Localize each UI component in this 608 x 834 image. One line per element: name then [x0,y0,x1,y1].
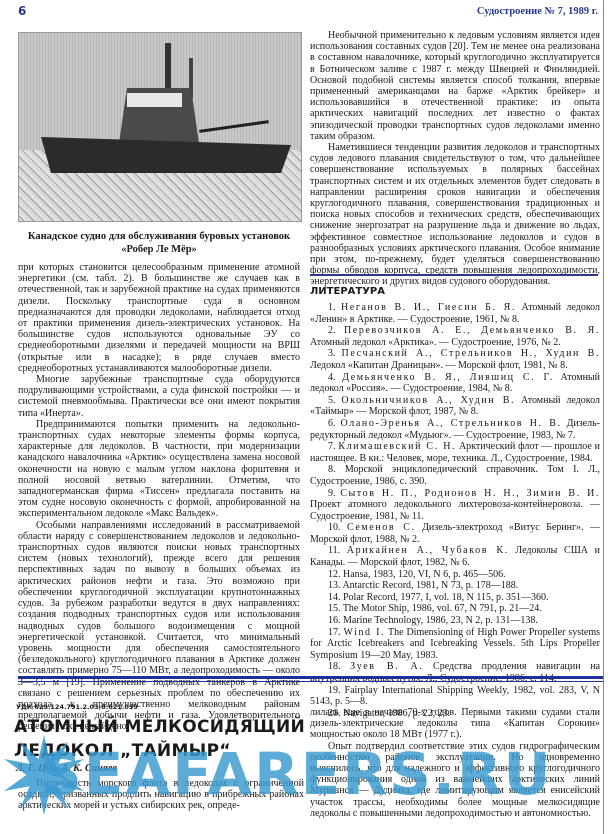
reference-item: 10. Семенов С. Дизель-электроход «Витус … [310,522,600,545]
paragraph: лилась еще в начале 70-х годов. Первыми … [310,707,600,741]
ship-photo [18,32,302,222]
reference-item: 11. Арикайнен А., Чубаков К. Ледоколы СШ… [310,545,600,568]
figure-caption: Канадское судно для обслуживания буровых… [18,230,300,256]
reference-item: 13. Antarctic Record, 1981, N 73, p. 178… [310,580,600,592]
photo-bridge [127,93,182,107]
reference-item: 16. Marine Technology, 1986, 23, N 2, p.… [310,615,600,627]
reference-item: 7. Климашевский С. Н. Арктический флот —… [310,441,600,464]
reference-item: 12. Hansa, 1983, 120, VI, N 6, p. 465—50… [310,569,600,581]
title-line: АТОМНЫЙ МЕЛКОСИДЯЩИЙ [14,715,305,739]
left-column-text: при которых становится целесообразным пр… [18,262,300,733]
page-number: 6 [18,4,26,18]
paragraph: Опыт подтвердил соответствие этих судов … [310,741,600,819]
reference-item: 19. Fairplay International Shipping Week… [310,685,600,708]
reference-item: 9. Сытов Н. П., Родионов Н. Н., Зимин В.… [310,488,600,523]
reference-item: 2. Перевозчиков А. Е., Демьянченко В. Я.… [310,325,600,348]
paragraph: Наметившиеся тенденции развития ледоколо… [310,142,600,288]
literature-heading: ЛИТЕРАТУРА [310,286,385,297]
page-edge [603,0,604,834]
reference-item: 8. Морской энциклопедический справочник.… [310,464,600,487]
article-right-text: лилась еще в начале 70-х годов. Первыми … [310,707,600,819]
paragraph: Особыми направлениями исследований в рас… [18,520,300,733]
right-column-text: Необычной применительно к ледовым услови… [310,30,600,288]
reference-item: 14. Polar Record, 1977, I, vol. 18, N 11… [310,592,600,604]
reference-list: 1. Неганов В. И., Гиесин Б. Я. Атомный л… [310,302,600,719]
reference-item: 4. Демьянченко В. Я., Лившиц С. Г. Атомн… [310,372,600,395]
paragraph: при которых становится целесообразным пр… [18,262,300,374]
reference-item: 15. The Motor Ship, 1986, vol. 67, N 791… [310,603,600,615]
reference-item: 5. Окольничников А., Худин В. Атомный ле… [310,395,600,418]
paragraph: Многие зарубежные транспортные суда обор… [18,374,300,419]
section-divider [310,274,598,276]
udk-code: УДК 629.124.791.2.03-8:621.039 [16,703,138,711]
reference-item: 3. Песчанский А., Стрельников Н., Худин … [310,348,600,371]
reference-item: 6. Олано-Эренья А., Стрельников Н. В. Ди… [310,418,600,441]
article-separator [18,676,604,682]
reference-item: 1. Неганов В. И., Гиесин Б. Я. Атомный л… [310,302,600,325]
paragraph: Предпринимаются попытки применить на лед… [18,419,300,520]
reference-item: 17. Wind I. The Dimensioning of High Pow… [310,627,600,662]
photo-mast [165,43,171,93]
journal-issue: Судостроение № 7, 1989 г. [477,6,598,17]
paragraph: Необычной применительно к ледовым услови… [310,30,600,142]
